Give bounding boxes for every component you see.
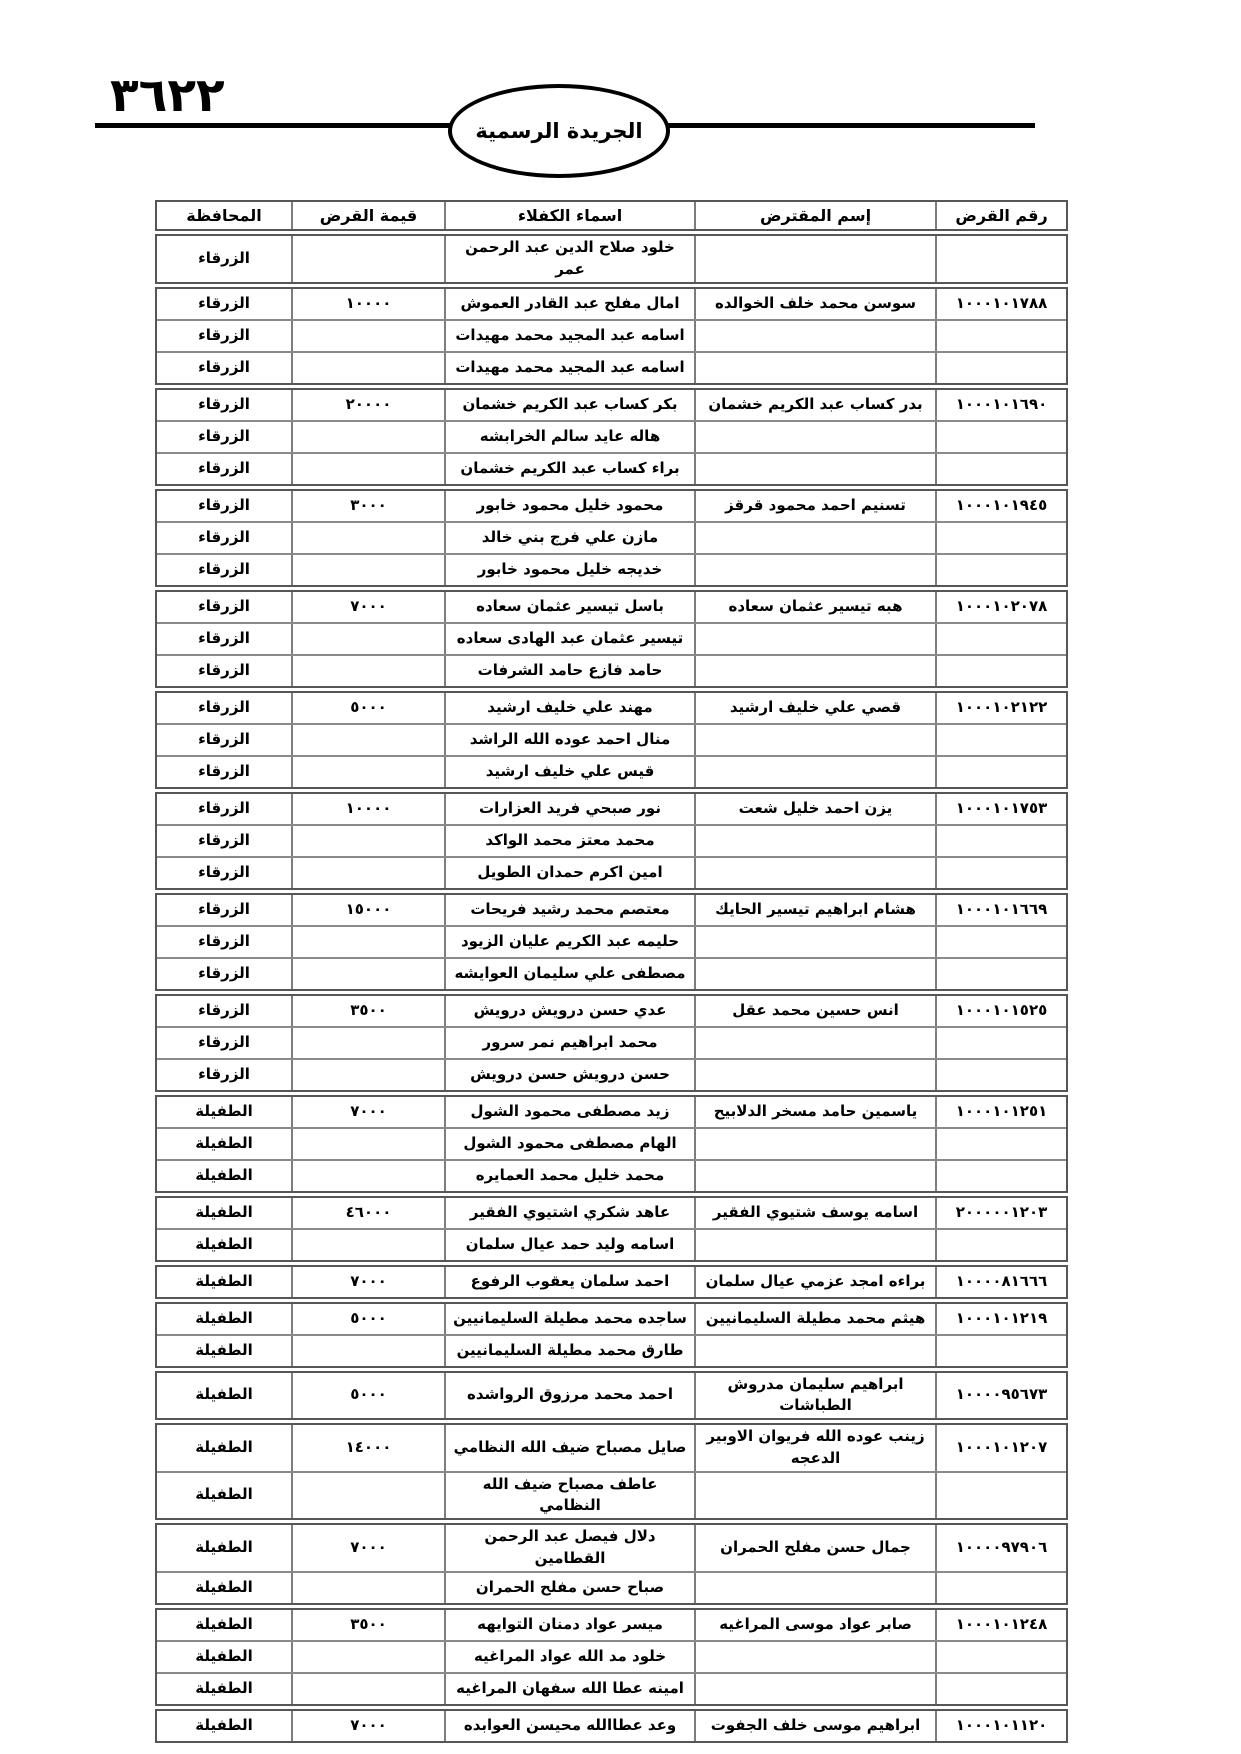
cell-governorate: الطفيلة: [157, 1230, 291, 1260]
cell-loan-no: [935, 422, 1066, 452]
table-row: ١٠٠٠١٠٢١٢٢قصي علي خليف ارشيدمهند علي خلي…: [157, 693, 1066, 723]
cell-borrower: [694, 555, 935, 585]
gazette-banner-oval: الجريدة الرسمية: [448, 84, 670, 178]
cell-guarantor: مهند علي خليف ارشيد: [444, 693, 694, 723]
table-row: مازن علي فرج بني خالدالزرقاء: [157, 521, 1066, 553]
table-row: اسامه وليد حمد عيال سلمانالطفيلة: [157, 1228, 1066, 1260]
table-row: ١٠٠٠١٠١٧٨٨سوسن محمد خلف الخوالدهامال مفل…: [157, 289, 1066, 319]
table-row: ١٠٠٠١٠١٦٦٩هشام ابراهيم تيسير الحايكمعتصم…: [157, 895, 1066, 925]
cell-borrower: اسامه يوسف شتيوي الفقير: [694, 1198, 935, 1228]
cell-borrower: زينب عوده الله فريوان الاوبير الدعجه: [694, 1425, 935, 1471]
cell-governorate: الزرقاء: [157, 321, 291, 351]
table-row: ١٠٠٠٠٩٧٩٠٦جمال حسن مفلح الحمراندلال فيصل…: [157, 1525, 1066, 1571]
cell-guarantor: وعد عطاالله محيسن العوابده: [444, 1711, 694, 1741]
cell-loan-no: ١٠٠٠١٠١٢٠٧: [935, 1425, 1066, 1471]
table-row: ١٠٠٠٠٨١٦٦٦براءه امجد عزمي عيال سلماناحمد…: [157, 1267, 1066, 1297]
cell-guarantor: عاهد شكري اشتيوي الفقير: [444, 1198, 694, 1228]
cell-amount: ١٥٠٠٠: [291, 895, 444, 925]
cell-borrower: [694, 1230, 935, 1260]
table-row: محمد ابراهيم نمر سرورالزرقاء: [157, 1026, 1066, 1058]
cell-borrower: [694, 858, 935, 888]
table-row: خلود مد الله عواد المراغيهالطفيلة: [157, 1640, 1066, 1672]
cell-amount: [291, 757, 444, 787]
cell-borrower: [694, 1473, 935, 1519]
cell-governorate: الزرقاء: [157, 523, 291, 553]
loan-group: ١٠٠٠١٠١٥٢٥انس حسين محمد عقلعدي حسن درويش…: [155, 994, 1068, 1092]
cell-amount: ٥٠٠٠: [291, 693, 444, 723]
cell-borrower: [694, 236, 935, 282]
cell-loan-no: [935, 624, 1066, 654]
table-row: ١٠٠٠١٠١٦٩٠بدر كساب عبد الكريم خشمانبكر ك…: [157, 390, 1066, 420]
loan-group: ١٠٠٠١٠١٦٩٠بدر كساب عبد الكريم خشمانبكر ك…: [155, 388, 1068, 486]
cell-borrower: جمال حسن مفلح الحمران: [694, 1525, 935, 1571]
cell-borrower: هبه تيسير عثمان سعاده: [694, 592, 935, 622]
table-row: ١٠٠٠١٠١١٢٠ابراهيم موسى خلف الجفوتوعد عطا…: [157, 1711, 1066, 1741]
cell-loan-no: [935, 1161, 1066, 1191]
page-number: ٣٦٢٢: [110, 72, 225, 119]
cell-borrower: براءه امجد عزمي عيال سلمان: [694, 1267, 935, 1297]
cell-guarantor: نور صبحي فريد العزارات: [444, 794, 694, 824]
table-row: صباح حسن مفلح الحمرانالطفيلة: [157, 1571, 1066, 1603]
cell-loan-no: ١٠٠٠١٠١٦٩٠: [935, 390, 1066, 420]
loan-group: ١٠٠٠١٠١٩٤٥تسنيم احمد محمود قرقزمحمود خلي…: [155, 489, 1068, 587]
cell-guarantor: محمد ابراهيم نمر سرور: [444, 1028, 694, 1058]
table-row: خلود صلاح الدين عبد الرحمن عمرالزرقاء: [157, 236, 1066, 282]
cell-loan-no: ١٠٠٠٠٩٥٦٧٣: [935, 1373, 1066, 1419]
cell-amount: ٣٥٠٠: [291, 1610, 444, 1640]
loan-group: ١٠٠٠٠٩٥٦٧٣ابراهيم سليمان مدروش الطباشاتا…: [155, 1371, 1068, 1421]
cell-governorate: الزرقاء: [157, 353, 291, 383]
cell-loan-no: [935, 1473, 1066, 1519]
table-row: ١٠٠٠٠٩٥٦٧٣ابراهيم سليمان مدروش الطباشاتا…: [157, 1373, 1066, 1419]
cell-loan-no: [935, 1060, 1066, 1090]
cell-borrower: [694, 624, 935, 654]
cell-borrower: [694, 725, 935, 755]
cell-governorate: الزرقاء: [157, 491, 291, 521]
cell-governorate: الزرقاء: [157, 996, 291, 1026]
cell-governorate: الزرقاء: [157, 454, 291, 484]
cell-loan-no: ١٠٠٠١٠١٢٤٨: [935, 1610, 1066, 1640]
cell-governorate: الطفيلة: [157, 1425, 291, 1471]
cell-borrower: بدر كساب عبد الكريم خشمان: [694, 390, 935, 420]
cell-amount: ١٠٠٠٠: [291, 289, 444, 319]
cell-guarantor: اسامه عبد المجيد محمد مهيدات: [444, 321, 694, 351]
cell-governorate: الطفيلة: [157, 1373, 291, 1419]
cell-amount: [291, 1129, 444, 1159]
cell-borrower: [694, 656, 935, 686]
cell-guarantor: هاله عايد سالم الخرابشه: [444, 422, 694, 452]
cell-governorate: الزرقاء: [157, 1060, 291, 1090]
cell-guarantor: صباح حسن مفلح الحمران: [444, 1573, 694, 1603]
cell-amount: [291, 858, 444, 888]
cell-guarantor: دلال فيصل عبد الرحمن القطامين: [444, 1525, 694, 1571]
cell-loan-no: [935, 757, 1066, 787]
cell-amount: ٣٠٠٠: [291, 491, 444, 521]
cell-loan-no: [935, 321, 1066, 351]
cell-amount: ٤٦٠٠٠: [291, 1198, 444, 1228]
cell-amount: [291, 236, 444, 282]
table-row: الهام مصطفى محمود الشولالطفيلة: [157, 1127, 1066, 1159]
cell-governorate: الزرقاء: [157, 390, 291, 420]
cell-guarantor: امينه عطا الله سفهان المراغيه: [444, 1674, 694, 1704]
loan-group: ١٠٠٠٠٨١٦٦٦براءه امجد عزمي عيال سلماناحمد…: [155, 1265, 1068, 1299]
cell-amount: [291, 826, 444, 856]
cell-borrower: ابراهيم موسى خلف الجفوت: [694, 1711, 935, 1741]
cell-governorate: الطفيلة: [157, 1097, 291, 1127]
cell-borrower: [694, 927, 935, 957]
cell-loan-no: [935, 826, 1066, 856]
cell-governorate: الطفيلة: [157, 1674, 291, 1704]
loan-group: ٢٠٠٠٠٠١٢٠٣اسامه يوسف شتيوي الفقيرعاهد شك…: [155, 1196, 1068, 1262]
loan-group: ١٠٠٠١٠١٢٥١ياسمين حامد مسخر الدلابيحزيد م…: [155, 1095, 1068, 1193]
cell-amount: [291, 1230, 444, 1260]
cell-guarantor: منال احمد عوده الله الراشد: [444, 725, 694, 755]
cell-governorate: الزرقاء: [157, 289, 291, 319]
cell-guarantor: عاطف مصباح ضيف الله النظامي: [444, 1473, 694, 1519]
table-row: حليمه عبد الكريم عليان الزيودالزرقاء: [157, 925, 1066, 957]
cell-guarantor: امال مفلح عبد القادر العموش: [444, 289, 694, 319]
table-body: خلود صلاح الدين عبد الرحمن عمرالزرقاء١٠٠…: [155, 234, 1068, 1743]
table-row: منال احمد عوده الله الراشدالزرقاء: [157, 723, 1066, 755]
cell-loan-no: ١٠٠٠١٠١٢٥١: [935, 1097, 1066, 1127]
cell-guarantor: خديجه خليل محمود خابور: [444, 555, 694, 585]
cell-governorate: الزرقاء: [157, 624, 291, 654]
cell-loan-no: ١٠٠٠١٠١٢١٩: [935, 1304, 1066, 1334]
cell-amount: [291, 624, 444, 654]
cell-amount: [291, 353, 444, 383]
cell-loan-no: [935, 236, 1066, 282]
cell-loan-no: [935, 725, 1066, 755]
cell-amount: ٧٠٠٠: [291, 1267, 444, 1297]
cell-guarantor: اسامه عبد المجيد محمد مهيدات: [444, 353, 694, 383]
cell-borrower: سوسن محمد خلف الخوالده: [694, 289, 935, 319]
cell-loan-no: ١٠٠٠٠٨١٦٦٦: [935, 1267, 1066, 1297]
cell-governorate: الطفيلة: [157, 1525, 291, 1571]
cell-amount: [291, 1060, 444, 1090]
cell-borrower: [694, 757, 935, 787]
cell-governorate: الزرقاء: [157, 592, 291, 622]
table-row: امين اكرم حمدان الطويلالزرقاء: [157, 856, 1066, 888]
cell-loan-no: ١٠٠٠١٠٢١٢٢: [935, 693, 1066, 723]
cell-governorate: الزرقاء: [157, 725, 291, 755]
cell-amount: [291, 1161, 444, 1191]
cell-amount: [291, 523, 444, 553]
cell-governorate: الزرقاء: [157, 826, 291, 856]
cell-governorate: الطفيلة: [157, 1711, 291, 1741]
cell-amount: ٥٠٠٠: [291, 1373, 444, 1419]
cell-loan-no: [935, 454, 1066, 484]
cell-borrower: [694, 422, 935, 452]
cell-loan-no: ١٠٠٠١٠١٩٤٥: [935, 491, 1066, 521]
cell-governorate: الزرقاء: [157, 693, 291, 723]
table-row: ٢٠٠٠٠٠١٢٠٣اسامه يوسف شتيوي الفقيرعاهد شك…: [157, 1198, 1066, 1228]
loan-group: ١٠٠٠١٠٢١٢٢قصي علي خليف ارشيدمهند علي خلي…: [155, 691, 1068, 789]
cell-borrower: [694, 1573, 935, 1603]
cell-guarantor: خلود مد الله عواد المراغيه: [444, 1642, 694, 1672]
cell-borrower: قصي علي خليف ارشيد: [694, 693, 935, 723]
cell-loan-no: ١٠٠٠١٠١٦٦٩: [935, 895, 1066, 925]
cell-guarantor: خلود صلاح الدين عبد الرحمن عمر: [444, 236, 694, 282]
cell-governorate: الطفيلة: [157, 1129, 291, 1159]
loan-group: ١٠٠٠١٠١٧٥٣يزن احمد خليل شعتنور صبحي فريد…: [155, 792, 1068, 890]
cell-loan-no: [935, 1674, 1066, 1704]
table-row: قيس علي خليف ارشيدالزرقاء: [157, 755, 1066, 787]
loan-group: ١٠٠٠١٠١١٢٠ابراهيم موسى خلف الجفوتوعد عطا…: [155, 1709, 1068, 1743]
table-row: محمد معتز محمد الواكدالزرقاء: [157, 824, 1066, 856]
cell-loan-no: [935, 1028, 1066, 1058]
loan-group: ١٠٠٠١٠٢٠٧٨هبه تيسير عثمان سعادهباسل تيسي…: [155, 590, 1068, 688]
cell-amount: ٧٠٠٠: [291, 1711, 444, 1741]
cell-guarantor: اسامه وليد حمد عيال سلمان: [444, 1230, 694, 1260]
cell-loan-no: [935, 1573, 1066, 1603]
cell-amount: [291, 927, 444, 957]
table-row: اسامه عبد المجيد محمد مهيداتالزرقاء: [157, 351, 1066, 383]
cell-loan-no: [935, 1642, 1066, 1672]
cell-amount: [291, 321, 444, 351]
cell-loan-no: [935, 656, 1066, 686]
cell-guarantor: مصطفى علي سليمان العوايشه: [444, 959, 694, 989]
cell-amount: [291, 454, 444, 484]
table-row: مصطفى علي سليمان العوايشهالزرقاء: [157, 957, 1066, 989]
header-cell-governorate: المحافظة: [157, 202, 291, 229]
cell-borrower: [694, 826, 935, 856]
cell-loan-no: [935, 353, 1066, 383]
table-row: ١٠٠٠١٠١٢٥١ياسمين حامد مسخر الدلابيحزيد م…: [157, 1097, 1066, 1127]
cell-borrower: [694, 1129, 935, 1159]
cell-guarantor: معتصم محمد رشيد فريحات: [444, 895, 694, 925]
cell-amount: [291, 959, 444, 989]
cell-borrower: انس حسين محمد عقل: [694, 996, 935, 1026]
header-cell-guarantors: اسماء الكفلاء: [444, 202, 694, 229]
gazette-banner-title: الجريدة الرسمية: [475, 119, 642, 143]
cell-borrower: هشام ابراهيم تيسير الحايك: [694, 895, 935, 925]
cell-governorate: الزرقاء: [157, 1028, 291, 1058]
cell-borrower: ياسمين حامد مسخر الدلابيح: [694, 1097, 935, 1127]
cell-amount: [291, 1573, 444, 1603]
cell-loan-no: ١٠٠٠١٠١٥٢٥: [935, 996, 1066, 1026]
table-row: امينه عطا الله سفهان المراغيهالطفيلة: [157, 1672, 1066, 1704]
cell-borrower: [694, 1028, 935, 1058]
cell-guarantor: الهام مصطفى محمود الشول: [444, 1129, 694, 1159]
cell-loan-no: ١٠٠٠١٠١٧٥٣: [935, 794, 1066, 824]
cell-borrower: [694, 1674, 935, 1704]
cell-governorate: الطفيلة: [157, 1573, 291, 1603]
cell-governorate: الطفيلة: [157, 1610, 291, 1640]
cell-amount: [291, 1336, 444, 1366]
cell-loan-no: ١٠٠٠١٠١١٢٠: [935, 1711, 1066, 1741]
cell-governorate: الزرقاء: [157, 656, 291, 686]
cell-guarantor: صايل مصباح ضيف الله النظامي: [444, 1425, 694, 1471]
cell-amount: ٥٠٠٠: [291, 1304, 444, 1334]
cell-borrower: [694, 1060, 935, 1090]
cell-borrower: تسنيم احمد محمود قرقز: [694, 491, 935, 521]
cell-loan-no: [935, 927, 1066, 957]
cell-loan-no: ٢٠٠٠٠٠١٢٠٣: [935, 1198, 1066, 1228]
table-row: اسامه عبد المجيد محمد مهيداتالزرقاء: [157, 319, 1066, 351]
cell-loan-no: [935, 555, 1066, 585]
table-row: تيسير عثمان عبد الهادى سعادهالزرقاء: [157, 622, 1066, 654]
cell-governorate: الزرقاء: [157, 895, 291, 925]
cell-borrower: [694, 959, 935, 989]
loan-group: ١٠٠٠١٠١٦٦٩هشام ابراهيم تيسير الحايكمعتصم…: [155, 893, 1068, 991]
cell-guarantor: محمود خليل محمود خابور: [444, 491, 694, 521]
header-cell-amount: قيمة القرض: [291, 202, 444, 229]
header-cell-borrower: إسم المقترض: [694, 202, 935, 229]
cell-borrower: [694, 523, 935, 553]
cell-amount: [291, 555, 444, 585]
cell-guarantor: حسن درويش حسن درويش: [444, 1060, 694, 1090]
table-row: حامد فازع حامد الشرفاتالزرقاء: [157, 654, 1066, 686]
table-row: ١٠٠٠١٠١٩٤٥تسنيم احمد محمود قرقزمحمود خلي…: [157, 491, 1066, 521]
cell-guarantor: ميسر عواد دمنان التوايهه: [444, 1610, 694, 1640]
cell-amount: [291, 422, 444, 452]
cell-governorate: الطفيلة: [157, 1198, 291, 1228]
cell-guarantor: مازن علي فرج بني خالد: [444, 523, 694, 553]
cell-borrower: [694, 1161, 935, 1191]
table-row: عاطف مصباح ضيف الله النظاميالطفيلة: [157, 1471, 1066, 1519]
cell-amount: [291, 1473, 444, 1519]
cell-governorate: الزرقاء: [157, 794, 291, 824]
cell-amount: [291, 1642, 444, 1672]
table-row: ١٠٠٠١٠٢٠٧٨هبه تيسير عثمان سعادهباسل تيسي…: [157, 592, 1066, 622]
cell-amount: ٧٠٠٠: [291, 1525, 444, 1571]
cell-borrower: [694, 321, 935, 351]
loan-group: خلود صلاح الدين عبد الرحمن عمرالزرقاء: [155, 234, 1068, 284]
cell-borrower: يزن احمد خليل شعت: [694, 794, 935, 824]
cell-governorate: الزرقاء: [157, 927, 291, 957]
cell-amount: ١٠٠٠٠: [291, 794, 444, 824]
cell-amount: [291, 656, 444, 686]
cell-governorate: الزرقاء: [157, 858, 291, 888]
cell-amount: ٧٠٠٠: [291, 1097, 444, 1127]
gazette-page: ٣٦٢٢ الجريدة الرسمية رقم القرض إسم المقت…: [0, 0, 1241, 1754]
cell-loan-no: [935, 523, 1066, 553]
cell-governorate: الطفيلة: [157, 1304, 291, 1334]
cell-guarantor: احمد سلمان يعقوب الرفوع: [444, 1267, 694, 1297]
cell-guarantor: حامد فازع حامد الشرفات: [444, 656, 694, 686]
cell-governorate: الزرقاء: [157, 555, 291, 585]
cell-loan-no: ١٠٠٠١٠٢٠٧٨: [935, 592, 1066, 622]
cell-guarantor: محمد خليل محمد العمايره: [444, 1161, 694, 1191]
table-row: حسن درويش حسن درويشالزرقاء: [157, 1058, 1066, 1090]
loan-group: ١٠٠٠٠٩٧٩٠٦جمال حسن مفلح الحمراندلال فيصل…: [155, 1523, 1068, 1605]
cell-governorate: الزرقاء: [157, 757, 291, 787]
cell-loan-no: [935, 1129, 1066, 1159]
table-row: ١٠٠٠١٠١٢٤٨صابر عواد موسى المراغيهميسر عو…: [157, 1610, 1066, 1640]
cell-guarantor: عدي حسن درويش درويش: [444, 996, 694, 1026]
cell-governorate: الزرقاء: [157, 959, 291, 989]
cell-borrower: [694, 353, 935, 383]
table-header-row: رقم القرض إسم المقترض اسماء الكفلاء قيمة…: [155, 200, 1068, 231]
loans-table: رقم القرض إسم المقترض اسماء الكفلاء قيمة…: [155, 200, 1068, 1746]
cell-guarantor: براء كساب عبد الكريم خشمان: [444, 454, 694, 484]
header-cell-loan-no: رقم القرض: [935, 202, 1066, 229]
cell-guarantor: امين اكرم حمدان الطويل: [444, 858, 694, 888]
cell-guarantor: بكر كساب عبد الكريم خشمان: [444, 390, 694, 420]
cell-loan-no: ١٠٠٠١٠١٧٨٨: [935, 289, 1066, 319]
table-row: طارق محمد مطيلة السليمانيينالطفيلة: [157, 1334, 1066, 1366]
cell-borrower: [694, 454, 935, 484]
cell-governorate: الطفيلة: [157, 1336, 291, 1366]
loan-group: ١٠٠٠١٠١٧٨٨سوسن محمد خلف الخوالدهامال مفل…: [155, 287, 1068, 385]
table-row: هاله عايد سالم الخرابشهالزرقاء: [157, 420, 1066, 452]
cell-guarantor: باسل تيسير عثمان سعاده: [444, 592, 694, 622]
cell-amount: [291, 1028, 444, 1058]
cell-guarantor: زيد مصطفى محمود الشول: [444, 1097, 694, 1127]
cell-governorate: الطفيلة: [157, 1161, 291, 1191]
cell-governorate: الزرقاء: [157, 236, 291, 282]
cell-loan-no: ١٠٠٠٠٩٧٩٠٦: [935, 1525, 1066, 1571]
cell-governorate: الطفيلة: [157, 1642, 291, 1672]
loan-group: ١٠٠٠١٠١٢٠٧زينب عوده الله فريوان الاوبير …: [155, 1423, 1068, 1520]
table-row: محمد خليل محمد العمايرهالطفيلة: [157, 1159, 1066, 1191]
cell-guarantor: محمد معتز محمد الواكد: [444, 826, 694, 856]
cell-borrower: [694, 1336, 935, 1366]
table-row: ١٠٠٠١٠١٢١٩هيثم محمد مطيلة السليمانيينساج…: [157, 1304, 1066, 1334]
table-row: خديجه خليل محمود خابورالزرقاء: [157, 553, 1066, 585]
cell-governorate: الطفيلة: [157, 1473, 291, 1519]
cell-loan-no: [935, 1230, 1066, 1260]
cell-borrower: ابراهيم سليمان مدروش الطباشات: [694, 1373, 935, 1419]
cell-amount: [291, 725, 444, 755]
cell-amount: ٣٥٠٠: [291, 996, 444, 1026]
cell-borrower: هيثم محمد مطيلة السليمانيين: [694, 1304, 935, 1334]
cell-amount: ٢٠٠٠٠: [291, 390, 444, 420]
table-row: ١٠٠٠١٠١٧٥٣يزن احمد خليل شعتنور صبحي فريد…: [157, 794, 1066, 824]
cell-guarantor: احمد محمد مرزوق الرواشده: [444, 1373, 694, 1419]
cell-governorate: الطفيلة: [157, 1267, 291, 1297]
cell-loan-no: [935, 1336, 1066, 1366]
cell-borrower: [694, 1642, 935, 1672]
loan-group: ١٠٠٠١٠١٢١٩هيثم محمد مطيلة السليمانيينساج…: [155, 1302, 1068, 1368]
cell-amount: ٧٠٠٠: [291, 592, 444, 622]
cell-borrower: صابر عواد موسى المراغيه: [694, 1610, 935, 1640]
table-row: ١٠٠٠١٠١٥٢٥انس حسين محمد عقلعدي حسن درويش…: [157, 996, 1066, 1026]
cell-loan-no: [935, 858, 1066, 888]
cell-governorate: الزرقاء: [157, 422, 291, 452]
table-row: ١٠٠٠١٠١٢٠٧زينب عوده الله فريوان الاوبير …: [157, 1425, 1066, 1471]
cell-loan-no: [935, 959, 1066, 989]
cell-amount: ١٤٠٠٠: [291, 1425, 444, 1471]
loan-group: ١٠٠٠١٠١٢٤٨صابر عواد موسى المراغيهميسر عو…: [155, 1608, 1068, 1706]
cell-guarantor: حليمه عبد الكريم عليان الزيود: [444, 927, 694, 957]
cell-guarantor: قيس علي خليف ارشيد: [444, 757, 694, 787]
cell-guarantor: ساجده محمد مطيلة السليمانيين: [444, 1304, 694, 1334]
cell-guarantor: طارق محمد مطيلة السليمانيين: [444, 1336, 694, 1366]
cell-amount: [291, 1674, 444, 1704]
cell-guarantor: تيسير عثمان عبد الهادى سعاده: [444, 624, 694, 654]
table-row: براء كساب عبد الكريم خشمانالزرقاء: [157, 452, 1066, 484]
